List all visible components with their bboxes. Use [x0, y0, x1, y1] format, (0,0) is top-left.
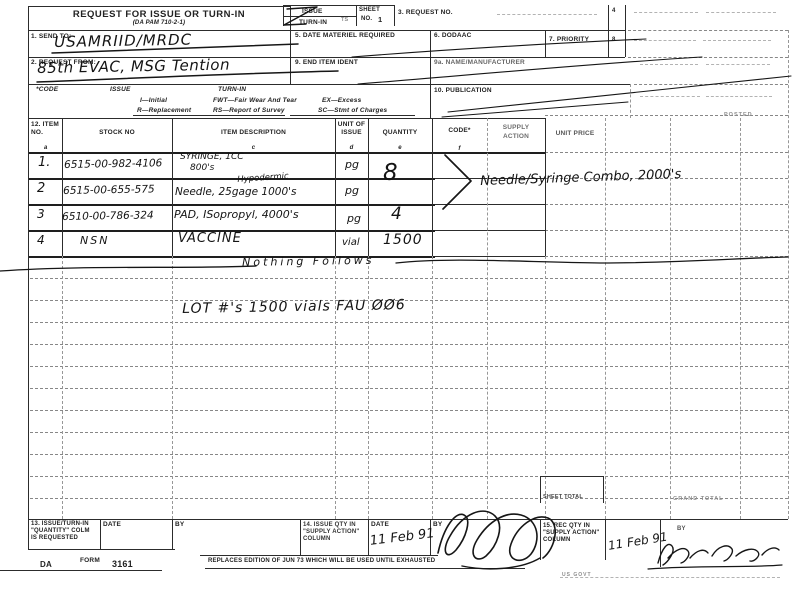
nothing-follows-note: Nothing Follows — [242, 254, 375, 269]
row3-desc: PAD, ISopropyl, 4000's — [174, 208, 299, 221]
line — [545, 204, 788, 205]
line — [205, 568, 525, 569]
box8-label: 8 — [612, 37, 616, 44]
code-rs: RS—Report of Survey — [213, 107, 285, 115]
nothing-follows-line-left — [0, 266, 256, 271]
line — [28, 84, 630, 85]
line — [335, 118, 336, 256]
row4-desc: VACCINE — [178, 231, 242, 246]
line — [30, 454, 788, 455]
row1-item: 1. — [38, 155, 50, 170]
pen-swoosh-2 — [358, 57, 702, 84]
row4-item: 4 — [37, 233, 45, 247]
line — [290, 6, 291, 84]
turnin-label: TURN-IN — [299, 19, 327, 27]
col-code-sub: f — [432, 146, 487, 153]
line — [172, 256, 173, 519]
line — [30, 476, 788, 477]
signature-received-by-underline — [648, 565, 782, 569]
code-initial: I—Initial — [140, 97, 167, 105]
line — [545, 230, 788, 231]
line — [788, 30, 789, 519]
line — [30, 344, 788, 345]
nothing-follows-line-right — [396, 257, 788, 263]
end-item-label: 9. END ITEM IDENT — [295, 59, 358, 67]
grand-total-label: GRAND TOTAL — [673, 496, 724, 503]
line — [545, 256, 788, 257]
col-code: CODE* — [432, 127, 487, 135]
dodaac-label: 6. DODAAC — [434, 32, 472, 40]
row4-qty: 1500 — [383, 232, 423, 248]
line — [28, 178, 435, 180]
line — [172, 519, 173, 549]
line — [368, 118, 369, 256]
row2-unit: pg — [345, 184, 359, 197]
box14-label: 14. ISSUE QTY IN "SUPPLY ACTION" COLUMN — [303, 522, 365, 544]
code-turnin-label: TURN-IN — [218, 86, 246, 94]
line — [630, 84, 631, 118]
line — [283, 5, 395, 6]
col-unit-sub: d — [336, 145, 367, 152]
line — [540, 476, 603, 477]
line — [300, 519, 301, 556]
line — [30, 300, 788, 301]
line — [0, 570, 162, 571]
line — [605, 519, 606, 560]
line — [28, 549, 175, 550]
line — [30, 432, 788, 433]
form-number-word: FORM — [80, 557, 100, 565]
line — [545, 30, 546, 57]
line — [356, 5, 357, 26]
code-legend-label: *CODE — [36, 86, 58, 94]
line — [435, 230, 545, 231]
pen-swoosh-1 — [352, 39, 646, 57]
line — [28, 6, 29, 549]
line — [603, 476, 604, 503]
line — [30, 388, 788, 389]
lot-note: LOT #'s 1500 vials FAU ØØ6 — [182, 297, 406, 317]
row3-stock: 6510-00-786-324 — [62, 209, 154, 223]
qty-rows-1-2: 8 — [383, 160, 398, 186]
line — [133, 115, 285, 116]
line — [545, 256, 546, 519]
col-item-no-sub: a — [44, 145, 48, 152]
code-replacement: R—Replacement — [137, 107, 191, 115]
scanned-form-da3161: REQUEST FOR ISSUE OR TURN-IN (DA PAM 710… — [0, 0, 792, 611]
replaces-note: REPLACES EDITION OF JUN 73 WHICH WILL BE… — [208, 558, 435, 565]
col-posted: POSTED — [724, 112, 753, 119]
box14-date-label: DATE — [371, 521, 389, 529]
line — [628, 30, 788, 31]
row1-stock: 6515-00-982-4106 — [64, 157, 162, 171]
col-quantity: QUANTITY — [368, 129, 432, 137]
pen-swoosh-3 — [448, 76, 791, 112]
row2-desc-above: Hypodermic — [237, 171, 289, 185]
line — [430, 30, 431, 118]
row2-stock: 6515-00-655-575 — [63, 183, 155, 197]
row3-qty: 4 — [391, 204, 402, 224]
col-unit-of-issue: UNIT OF ISSUE — [336, 121, 367, 137]
line — [435, 204, 545, 205]
code-excess: EX—Excess — [322, 97, 361, 105]
form-subtitle: (DA PAM 710-2-1) — [28, 20, 290, 27]
row2-item: 2 — [37, 181, 45, 196]
line — [172, 118, 173, 256]
line — [545, 118, 546, 256]
issue-label: ISSUE — [302, 8, 323, 16]
combo-note: Needle/Syringe Combo, 2000's — [480, 167, 681, 189]
box14-date-value: 11 Feb 91 — [369, 526, 435, 549]
signature-received-by — [658, 544, 779, 565]
print-note: US GOVT — [562, 572, 592, 578]
line — [30, 410, 788, 411]
line — [625, 5, 626, 57]
line — [62, 256, 63, 519]
line — [335, 256, 336, 519]
row1-desc2: 800's — [190, 163, 214, 173]
line — [634, 84, 788, 85]
line — [740, 118, 741, 519]
form-title: REQUEST FOR ISSUE OR TURN-IN — [28, 9, 290, 20]
box4-label: 4 — [612, 8, 616, 15]
col-unit-price: UNIT PRICE — [545, 130, 605, 138]
request-from-value: 85th EVAC, MSG Tention — [37, 56, 230, 77]
date-materiel-label: 5. DATE MATERIEL REQUIRED — [295, 32, 395, 40]
sheet-label: SHEET — [359, 7, 380, 14]
line — [435, 256, 545, 257]
code-issue-label: ISSUE — [110, 86, 131, 94]
col-item-no: 12. ITEM NO. — [31, 121, 61, 137]
box13-date-label: DATE — [103, 521, 121, 529]
line — [290, 115, 415, 116]
line — [545, 152, 788, 153]
line — [30, 366, 788, 367]
row1-unit: pg — [345, 158, 359, 171]
sheets-fragment: TS — [341, 17, 348, 24]
line — [100, 519, 101, 549]
name-manufacturer-label: 9a. NAME/MANUFACTURER — [434, 59, 525, 67]
line — [540, 519, 541, 560]
line — [368, 256, 369, 519]
form-number-prefix: DA — [40, 560, 52, 570]
line — [30, 322, 788, 323]
code-charges: SC—Stmt of Charges — [318, 107, 387, 115]
form-number-value: 3161 — [112, 559, 133, 570]
request-no-label: 3. REQUEST NO. — [398, 9, 453, 17]
publication-label: 10. PUBLICATION — [434, 87, 492, 95]
box14-by-label: BY — [433, 521, 442, 529]
line — [628, 57, 788, 58]
sheet-total-label: SHEET TOTAL — [543, 494, 583, 501]
line — [30, 278, 788, 279]
row2-desc: Needle, 25gage 1000's — [175, 186, 297, 198]
line — [200, 555, 438, 556]
line — [432, 256, 433, 519]
send-to-value: USAMRIID/MRDC — [54, 31, 192, 51]
line — [432, 118, 433, 256]
col-supply-2: ACTION — [487, 133, 545, 141]
row4-stock: NSN — [80, 234, 109, 247]
row3-item: 3 — [37, 207, 45, 221]
box13-by-label: BY — [175, 521, 184, 529]
line — [394, 5, 395, 26]
line — [540, 476, 541, 503]
box15-label: 15. REC QTY IN "SUPPLY ACTION" COLUMN — [543, 523, 601, 545]
box13-label: 13. ISSUE/TURN-IN "QUANTITY" COLM IS REQ… — [31, 521, 97, 543]
code-fwt: FWT—Fair Wear And Tear — [213, 97, 297, 105]
line — [608, 5, 609, 57]
row1-desc: SYRINGE, 1CC — [180, 152, 244, 162]
col-description: ITEM DESCRIPTION — [172, 129, 335, 137]
line — [28, 118, 545, 119]
rows-brace — [443, 155, 471, 209]
row4-unit: vial — [342, 237, 360, 248]
col-quantity-sub: e — [368, 145, 432, 152]
sheet-no-label: NO. — [361, 16, 372, 23]
col-supply-1: SUPPLY — [487, 124, 545, 132]
line — [28, 6, 290, 7]
col-stock-no: STOCK NO — [62, 129, 172, 137]
box15-by-label: BY — [677, 526, 686, 533]
row3-unit: pg — [347, 212, 361, 225]
line — [560, 577, 780, 578]
line — [28, 204, 435, 206]
priority-label: 7. PRIORITY — [549, 36, 589, 44]
line — [28, 519, 788, 520]
sheet-no-value: 1 — [378, 15, 382, 24]
